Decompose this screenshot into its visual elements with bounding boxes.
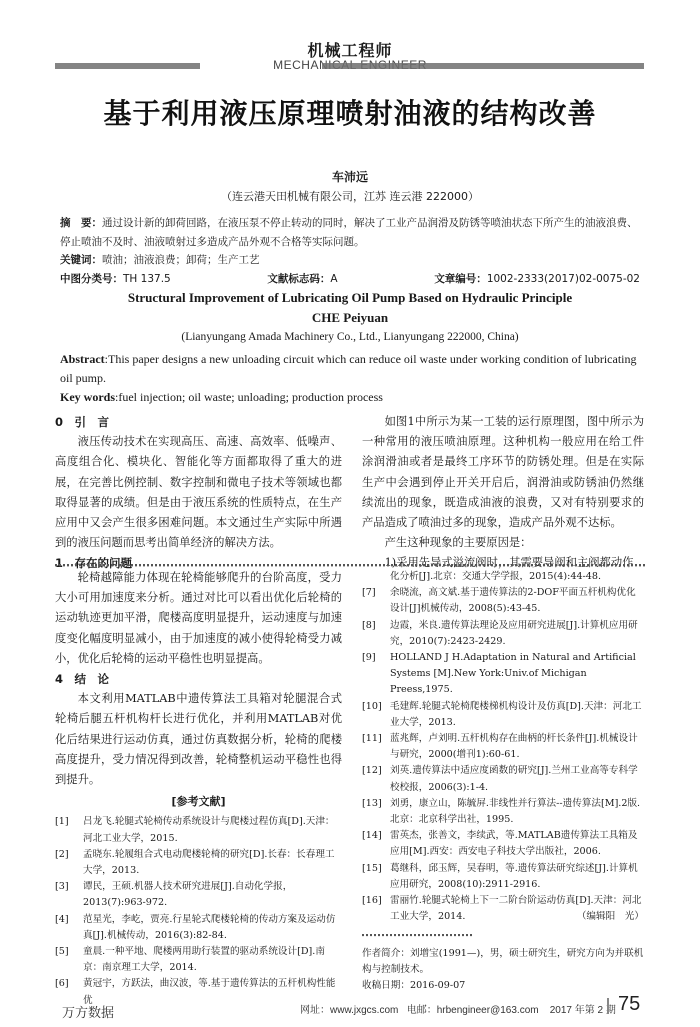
page-number-bar [607,998,609,1014]
abstract-en-label: Abstract [60,352,105,366]
ref-num-blank [362,569,390,585]
footer-email: 电邮：hrbengineer@163.com [407,1005,539,1016]
abstract-cn: 摘 要：通过设计新的卸荷回路，在液压泵不停止转动的同时，解决了工业产品润滑及防锈… [60,214,640,252]
reference-item-continued: 化分析[J].北京：交通大学学报，2015(4):44-48. [362,569,644,585]
footer-website: 网址：www.jxgcs.com [300,1005,398,1016]
bio-label: 作者简介： [362,948,410,959]
ref-num: [14] [362,828,390,860]
reference-item: [14]雷英杰，张善文，李续武，等.MATLAB遗传算法工具箱及应用[M].西安… [362,828,644,860]
affiliation-en: (Lianyungang Amada Machinery Co., Ltd., … [0,331,700,343]
ref-text: 余晓流，高文斌.基于遗传算法的2-DOF平面五杆机构优化设计[J]机械传动，20… [390,585,644,617]
abstract-en-text: :This paper designs a new unloading circ… [60,352,637,385]
reference-item: [11]蓝兆辉，卢刘明.五杆机构存在曲柄的杆长条件[J].机械设计与研究，200… [362,731,644,763]
reference-item: [4]范星光，李屹，贾亮.行星轮式爬楼轮椅的传动方案及运动仿真[J].机械传动，… [55,912,342,944]
keywords-en-text: :fuel injection; oil waste; unloading; p… [115,390,383,404]
footer-issue: 2017 年第 2 期 [550,1005,616,1016]
author-en: CHE Peiyuan [0,310,700,326]
ref-text: 蓝兆辉，卢刘明.五杆机构存在曲柄的杆长条件[J].机械设计与研究，2000(增刊… [390,731,644,763]
ref-num: [12] [362,763,390,795]
ref-num: [15] [362,861,390,893]
reference-item: [12]刘英.遗传算法中适应度函数的研究[J].兰州工业高等专科学校校报，200… [362,763,644,795]
ref-num: [10] [362,699,390,731]
ref-num: [3] [55,879,83,911]
lower-paragraph-1: 轮椅越障能力体现在轮椅能够爬升的台阶高度，受力大小可用加速度来分析。通过对比可以… [55,568,342,669]
keywords-cn: 关键词：喷油；油液浪费；卸荷；生产工艺 [60,252,640,267]
author-name: 车沛远 [0,168,700,185]
ref-num: [2] [55,847,83,879]
doc-code: 文献标志码：A [267,271,337,286]
left-column-lower: 轮椅越障能力体现在轮椅能够爬升的台阶高度，受力大小可用加速度来分析。通过对比可以… [55,568,342,1009]
article-no-value: 1002-2333(2017)02-0075-02 [487,273,640,285]
section-0-heading: 0 引 言 [55,412,342,432]
keywords-text: 喷油；油液浪费；卸荷；生产工艺 [102,254,260,266]
doc-code-label: 文献标志码： [267,273,330,285]
right-column-lower: 化分析[J].北京：交通大学学报，2015(4):44-48. [7]余晓流，高… [362,569,644,994]
right-paragraph-1: 如图1中所示为某一工装的运行原理图，图中所示为一种常用的液压喷油原理。这种机构一… [362,412,644,533]
ref-text: 吕龙飞.轮腿式轮椅传动系统设计与爬楼过程仿真[D].天津：河北工业大学，2015… [83,814,342,846]
section-4-heading: 4 结 论 [55,669,342,689]
right-column-upper: 如图1中所示为某一工装的运行原理图，图中所示为一种常用的液压喷油原理。这种机构一… [362,412,644,574]
received-value: 2016-09-07 [410,980,465,991]
ref-num: [16] [362,893,390,925]
reference-item: [10]毛建辉.轮腿式轮椅爬楼梯机构设计及仿真[D].天津：河北工业大学，201… [362,699,644,731]
reference-item: [2]孟晓东.轮履组合式电动爬楼轮椅的研究[D].长春：长春理工大学，2013. [55,847,342,879]
ref-text: 童晨.一种平地、爬楼两用助行装置的驱动系统设计[D].南京：南京理工大学，201… [83,944,342,976]
reference-item: [1]吕龙飞.轮腿式轮椅传动系统设计与爬楼过程仿真[D].天津：河北工业大学，2… [55,814,342,846]
abstract-text: 通过设计新的卸荷回路，在液压泵不停止转动的同时，解决了工业产品润滑及防锈等喷油状… [60,217,638,248]
ref-num: [1] [55,814,83,846]
watermark: 万方数据 [62,1002,114,1021]
reference-item: [3]谭民，王硕.机器人技术研究进展[J].自动化学报，2013(7):963-… [55,879,342,911]
ref-text: HOLLAND J H.Adaptation in Natural and Ar… [390,650,644,699]
ref-text: 刘勇，康立山，陈毓屏.非线性并行算法--遗传算法[M].2版.北京：北京科学出社… [390,796,644,828]
ref-text: 边霞，米良.遗传算法理论及应用研究进展[J].计算机应用研究，2010(7):2… [390,618,644,650]
reference-item: [15]葛继科，邱玉辉，吴春明，等.遗传算法研究综述[J].计算机应用研究，20… [362,861,644,893]
reference-item: [8]边霞，米良.遗传算法理论及应用研究进展[J].计算机应用研究，2010(7… [362,618,644,650]
author-bio: 作者简介：刘增宝(1991—)，男，硕士研究生，研究方向为并联机构与控制技术。 [362,946,644,978]
bio-divider [362,934,472,940]
ref-text: 毛建辉.轮腿式轮椅爬楼梯机构设计及仿真[D].天津：河北工业大学，2013. [390,699,644,731]
author-affiliation: （连云港天田机械有限公司，江苏 连云港 222000） [0,188,700,204]
abstract-label: 摘 要： [60,217,102,229]
ref-text: 谭民，王硕.机器人技术研究进展[J].自动化学报，2013(7):963-972… [83,879,342,911]
ref-num: [5] [55,944,83,976]
reference-item: [9]HOLLAND J H.Adaptation in Natural and… [362,650,644,699]
clc-label: 中图分类号： [60,273,123,285]
page-footer: 网址：www.jxgcs.com 电邮：hrbengineer@163.com … [300,1001,616,1016]
ref-num: [11] [362,731,390,763]
title-en: Structural Improvement of Lubricating Oi… [0,290,700,306]
left-column-upper: 0 引 言 液压传动技术在实现高压、高速、高效率、低噪声、高度组合化、模块化、智… [55,412,342,574]
header-rule-right [322,63,644,69]
references-heading: [参考文献] [55,792,342,812]
conclusion-paragraph: 本文利用MATLAB中遗传算法工具箱对轮腿混合式轮椅后腿五杆机构杆长进行优化，并… [55,689,342,790]
keywords-en: Key words:fuel injection; oil waste; unl… [60,390,642,405]
page-number: 75 [618,993,640,1016]
ref-text: 雷英杰，张善文，李续武，等.MATLAB遗传算法工具箱及应用[M].西安：西安电… [390,828,644,860]
received-label: 收稿日期： [362,980,410,991]
ref-num: [13] [362,796,390,828]
reference-item: [13]刘勇，康立山，陈毓屏.非线性并行算法--遗传算法[M].2版.北京：北京… [362,796,644,828]
ref-text: 化分析[J].北京：交通大学学报，2015(4):44-48. [390,569,644,585]
ref-text: 范星光，李屹，贾亮.行星轮式爬楼轮椅的传动方案及运动仿真[J].机械传动，201… [83,912,342,944]
keywords-label: 关键词： [60,254,102,266]
doc-code-value: A [330,273,337,285]
classification-line: 中图分类号：TH 137.5 文献标志码：A 文章编号：1002-2333(20… [60,271,640,286]
reference-item: [5]童晨.一种平地、爬楼两用助行装置的驱动系统设计[D].南京：南京理工大学，… [55,944,342,976]
ref-num: [7] [362,585,390,617]
ref-text: 刘英.遗传算法中适应度函数的研究[J].兰州工业高等专科学校校报，2006(3)… [390,763,644,795]
ref-text: 葛继科，邱玉辉，吴春明，等.遗传算法研究综述[J].计算机应用研究，2008(1… [390,861,644,893]
article-title: 基于利用液压原理喷射油液的结构改善 [0,92,700,132]
ref-num: [4] [55,912,83,944]
received-date: 收稿日期：2016-09-07 [362,978,644,994]
article-number: 文章编号：1002-2333(2017)02-0075-02 [434,271,640,286]
section-0-paragraph: 液压传动技术在实现高压、高速、高效率、低噪声、高度组合化、模块化、智能化等方面都… [55,432,342,553]
keywords-en-label: Key words [60,390,115,404]
abstract-en: Abstract:This paper designs a new unload… [60,350,642,388]
clc-number: 中图分类号：TH 137.5 [60,271,171,286]
right-paragraph-2: 产生这种现象的主要原因是： [362,533,644,553]
ref-text: 孟晓东.轮履组合式电动爬楼轮椅的研究[D].长春：长春理工大学，2013. [83,847,342,879]
clc-value: TH 137.5 [123,273,171,285]
reference-item: [7]余晓流，高文斌.基于遗传算法的2-DOF平面五杆机构优化设计[J]机械传动… [362,585,644,617]
ref-num: [9] [362,650,390,699]
article-no-label: 文章编号： [434,273,487,285]
ref-num: [8] [362,618,390,650]
